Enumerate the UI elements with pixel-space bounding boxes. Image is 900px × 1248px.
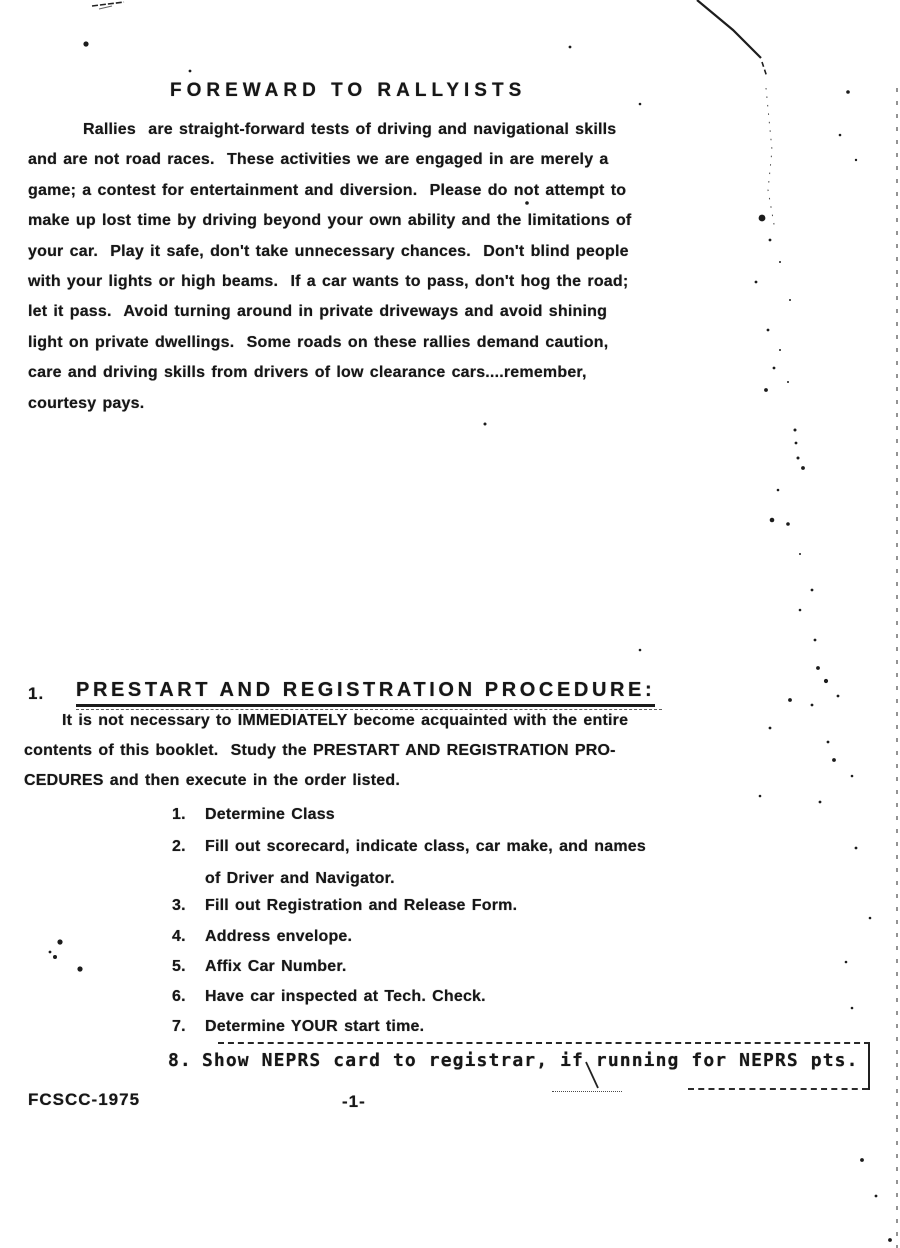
step-row: 2.Fill out scorecard, indicate class, ca… — [172, 838, 646, 856]
footer-club-year: FCSCC-1975 — [28, 1090, 140, 1110]
step-number: 5. — [172, 958, 205, 976]
step-text: of Driver and Navigator. — [205, 870, 395, 887]
foreword-line: light on private dwellings. Some roads o… — [28, 334, 608, 352]
step-row-continuation: of Driver and Navigator. — [172, 870, 395, 888]
step-text: Fill out scorecard, indicate class, car … — [205, 838, 646, 855]
foreword-line: game; a contest for entertainment and di… — [28, 182, 626, 200]
step-text: Address envelope. — [205, 928, 352, 945]
step-text: Show NEPRS card to registrar, if running… — [202, 1050, 859, 1071]
foreword-line: and are not road races. These activities… — [28, 151, 609, 169]
step-row: 6.Have car inspected at Tech. Check. — [172, 988, 486, 1006]
intro-line: It is not necessary to IMMEDIATELY becom… — [24, 712, 628, 730]
foreword-line: Rallies are straight-forward tests of dr… — [28, 121, 616, 139]
document-page: FOREWARD TO RALLYISTS Rallies are straig… — [0, 0, 900, 1248]
section-heading: PRESTART AND REGISTRATION PROCEDURE: — [76, 679, 655, 707]
step-row-typed: 8.Show NEPRS card to registrar, if runni… — [168, 1050, 859, 1071]
step-row: 5.Affix Car Number. — [172, 958, 347, 976]
intro-line: contents of this booklet. Study the PRES… — [24, 742, 616, 760]
step-row: 7.Determine YOUR start time. — [172, 1018, 424, 1036]
step-text: Fill out Registration and Release Form. — [205, 897, 517, 914]
step8-box-bottom — [688, 1088, 868, 1090]
step-text: Have car inspected at Tech. Check. — [205, 988, 486, 1005]
section-number: 1. — [28, 684, 44, 704]
step-number: 8. — [168, 1050, 202, 1071]
foreword-line: courtesy pays. — [28, 395, 144, 413]
step-row: 3.Fill out Registration and Release Form… — [172, 897, 517, 915]
step-text: Determine Class — [205, 806, 335, 823]
foreword-line: your car. Play it safe, don't take unnec… — [28, 243, 629, 261]
step-number: 7. — [172, 1018, 205, 1036]
foreword-line: make up lost time by driving beyond your… — [28, 212, 631, 230]
foreword-line: with your lights or high beams. If a car… — [28, 273, 628, 291]
step-row: 1.Determine Class — [172, 806, 335, 824]
foreword-line: care and driving skills from drivers of … — [28, 364, 587, 382]
foreword-line: let it pass. Avoid turning around in pri… — [28, 303, 607, 321]
intro-line: CEDURES and then execute in the order li… — [24, 772, 400, 790]
fold-crease-line — [697, 0, 775, 230]
step-text: Affix Car Number. — [205, 958, 347, 975]
step-number: 6. — [172, 988, 205, 1006]
step8-box-bottom-dashes — [552, 1091, 622, 1092]
scratch-marks — [92, 2, 124, 9]
heading-underline — [76, 709, 662, 710]
step-number: 1. — [172, 806, 205, 824]
step-number: 2. — [172, 838, 205, 856]
step-number: 4. — [172, 928, 205, 946]
page-title: FOREWARD TO RALLYISTS — [170, 80, 526, 102]
step-text: Determine YOUR start time. — [205, 1018, 424, 1035]
step-row: 4.Address envelope. — [172, 928, 352, 946]
step-number: 3. — [172, 897, 205, 915]
footer-page-number: -1- — [342, 1092, 366, 1112]
